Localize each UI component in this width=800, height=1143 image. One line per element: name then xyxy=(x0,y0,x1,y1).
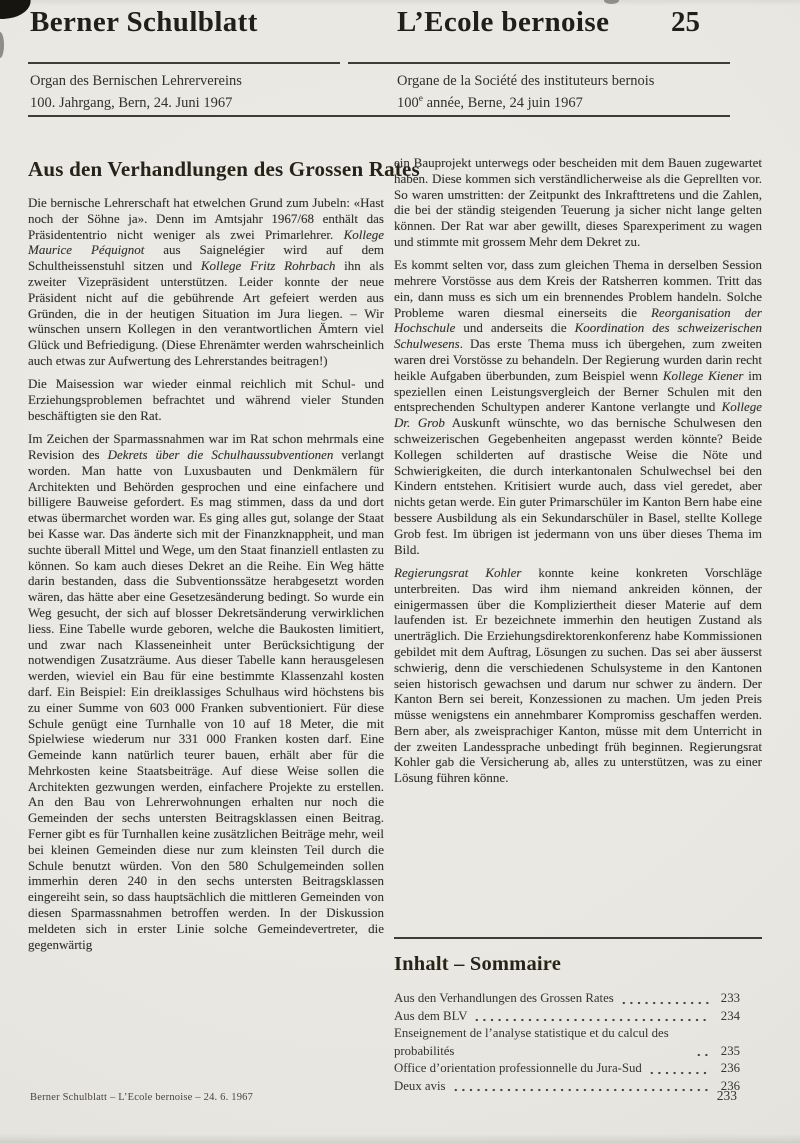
text-run: Auskunft wünschte, wo das bernische Schu… xyxy=(394,415,762,556)
imprint-right-volume: 100 xyxy=(397,95,419,111)
paragraph: Es kommt selten vor, dass zum gleichen T… xyxy=(394,257,762,557)
toc-entry-label: Aus dem BLV xyxy=(394,1008,467,1026)
text-run-italic: Dekrets über die Schulhaussubventionen xyxy=(108,447,334,462)
imprint-left-line2: 100. Jahrgang, Bern, 24. Juni 1967 xyxy=(30,93,242,115)
imprint-right: Organe de la Société des instituteurs be… xyxy=(397,71,654,114)
article-right-paragraphs: ein Bauprojekt unterwegs oder bescheiden… xyxy=(394,155,762,786)
toc-dots-leader xyxy=(620,1000,709,1005)
paragraph: ein Bauprojekt unterwegs oder bescheiden… xyxy=(394,155,762,250)
masthead-title-right: L’Ecole bernoise xyxy=(397,6,609,39)
text-run: ein Bauprojekt unterwegs oder bescheiden… xyxy=(394,155,762,249)
toc-entry: Aus den Verhandlungen des Grossen Rates2… xyxy=(394,990,740,1008)
toc-entry-page: 234 xyxy=(714,1008,740,1026)
paragraph: Regierungsrat Kohler konnte keine konkre… xyxy=(394,565,762,786)
toc-entry: Aus dem BLV234 xyxy=(394,1008,740,1026)
text-run: und anderseits die xyxy=(455,320,574,335)
paragraph: Die Maisession war wieder einmal reichli… xyxy=(28,376,384,423)
toc-entry-label: Office d’orientation professionnelle du … xyxy=(394,1060,642,1078)
imprint-right-date: année, Berne, 24 juin 1967 xyxy=(423,95,583,111)
toc-dots-leader xyxy=(473,1017,709,1022)
toc-entry-page: 236 xyxy=(714,1060,740,1078)
toc-entry: Office d’orientation professionnelle du … xyxy=(394,1060,740,1078)
imprint-left-line1: Organ des Bernischen Lehrervereins xyxy=(30,71,242,93)
imprint-left: Organ des Bernischen Lehrervereins 100. … xyxy=(30,71,242,114)
scan-artifact-edge-smudge xyxy=(0,32,4,58)
article-column-right: ein Bauprojekt unterwegs oder bescheiden… xyxy=(394,155,762,937)
text-run-italic: Kollege Kiener xyxy=(663,368,744,383)
text-run: Die Maisession war wieder einmal reichli… xyxy=(28,376,384,423)
toc-entry-page: 233 xyxy=(714,990,740,1008)
header-rule-left xyxy=(28,62,340,64)
scan-artifact-corner xyxy=(0,0,32,20)
toc-dots-leader xyxy=(648,1070,709,1075)
issue-number: 25 xyxy=(638,6,700,39)
footer-page-number: 233 xyxy=(394,1088,737,1104)
toc-entry-label: Aus den Verhandlungen des Grossen Rates xyxy=(394,990,614,1008)
paragraph: Die bernische Lehrerschaft hat etwelchen… xyxy=(28,195,384,369)
text-run-italic: Kollege Fritz Rohrbach xyxy=(201,258,336,273)
toc-heading: Inhalt – Sommaire xyxy=(394,953,762,976)
text-run: Die bernische Lehrerschaft hat etwelchen… xyxy=(28,195,384,242)
text-run: konnte keine konkreten Vorschläge unterb… xyxy=(394,565,762,785)
article-left-paragraphs: Die bernische Lehrerschaft hat etwelchen… xyxy=(28,195,384,952)
page: Berner Schulblatt L’Ecole bernoise 25 Or… xyxy=(0,0,800,1143)
masthead-title-left: Berner Schulblatt xyxy=(30,6,258,39)
article-heading: Aus den Verhandlungen des Grossen Rates xyxy=(28,157,384,182)
text-run-italic: Regierungsrat Kohler xyxy=(394,565,521,580)
header-bottom-rule xyxy=(28,115,730,117)
footer-imprint: Berner Schulblatt – L’Ecole bernoise – 2… xyxy=(30,1092,253,1103)
toc-entry-page: 235 xyxy=(714,1043,740,1061)
toc-dots-leader xyxy=(695,1052,709,1057)
toc-entry: Enseignement de l’analyse statistique et… xyxy=(394,1025,740,1060)
toc-list: Aus den Verhandlungen des Grossen Rates2… xyxy=(394,990,740,1095)
text-run: ihn als zweiter Vizepräsident unterstütz… xyxy=(28,258,384,368)
toc-entry-label: Enseignement de l’analyse statistique et… xyxy=(394,1025,689,1060)
toc-rule xyxy=(394,937,762,939)
text-run: verlangt worden. Man hatte von Luxusbaut… xyxy=(28,447,384,952)
imprint-right-line1: Organe de la Société des instituteurs be… xyxy=(397,71,654,93)
imprint-right-line2: 100e année, Berne, 24 juin 1967 xyxy=(397,93,654,115)
article-column-left: Aus den Verhandlungen des Grossen Rates … xyxy=(28,157,384,952)
scan-artifact-top-mark xyxy=(604,0,619,4)
paragraph: Im Zeichen der Sparmassnahmen war im Rat… xyxy=(28,431,384,952)
header-rule-right xyxy=(348,62,730,64)
toc-section: Inhalt – Sommaire Aus den Verhandlungen … xyxy=(394,937,762,1095)
